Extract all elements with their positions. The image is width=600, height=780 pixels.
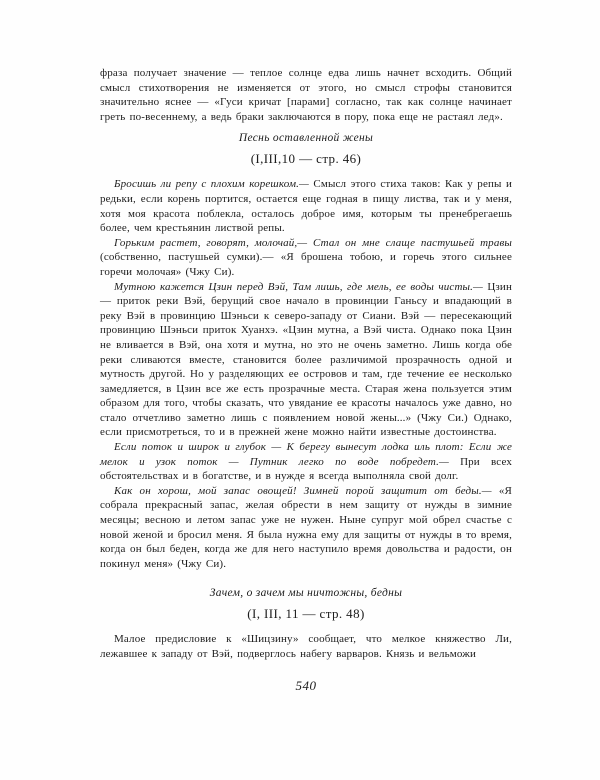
section-heading-1: Песнь оставленной жены (I,III,10 — стр. … xyxy=(100,131,512,167)
paragraph-commentary-5: Как он хорош, мой запас овощей! Зимней п… xyxy=(100,484,512,572)
song-reference-2: (I, III, 11 — стр. 48) xyxy=(100,606,512,622)
verse-quote-3: Мутною кажется Цзин перед Вэй, Там лишь,… xyxy=(114,281,487,293)
song-reference-1: (I,III,10 — стр. 46) xyxy=(100,151,512,167)
paragraph-commentary-1: Бросишь ли репу с плохим корешком.— Смыс… xyxy=(100,177,512,235)
verse-quote-2: Горьким растет, говорят, молочай,— Стал … xyxy=(114,237,512,249)
paragraph-commentary-4: Если поток и широк и глубок — К берегу в… xyxy=(100,440,512,484)
commentary-text-5: «Я собрала прекрасный запас, желая обрес… xyxy=(100,485,512,570)
paragraph-intro: фраза получает значение — теплое солнце … xyxy=(100,66,512,124)
paragraph-commentary-2: Горьким растет, говорят, молочай,— Стал … xyxy=(100,236,512,280)
paragraph-closing: Малое предисловие к «Шицзину» сообщает, … xyxy=(100,632,512,661)
verse-quote-1: Бросишь ли репу с плохим корешком.— xyxy=(114,178,313,190)
section-heading-2: Зачем, о зачем мы ничтожны, бедны (I, II… xyxy=(100,586,512,622)
commentary-text-3: Цзин — приток реки Вэй, берущий свое нач… xyxy=(100,281,512,439)
commentary-text-2: (собственно, пастушьей сумки).— «Я броше… xyxy=(100,251,512,278)
closing-text: Малое предисловие к «Шицзину» сообщает, … xyxy=(100,633,512,660)
book-page: фраза получает значение — теплое солнце … xyxy=(0,0,600,780)
verse-quote-4: Если поток и широк и глубок — К берегу в… xyxy=(100,441,512,468)
page-number: 540 xyxy=(100,678,512,694)
song-title-1: Песнь оставленной жены xyxy=(100,131,512,146)
song-title-2: Зачем, о зачем мы ничтожны, бедны xyxy=(100,586,512,601)
verse-quote-5: Как он хорош, мой запас овощей! Зимней п… xyxy=(114,485,499,497)
paragraph-commentary-3: Мутною кажется Цзин перед Вэй, Там лишь,… xyxy=(100,280,512,441)
intro-text: фраза получает значение — теплое солнце … xyxy=(100,67,512,123)
